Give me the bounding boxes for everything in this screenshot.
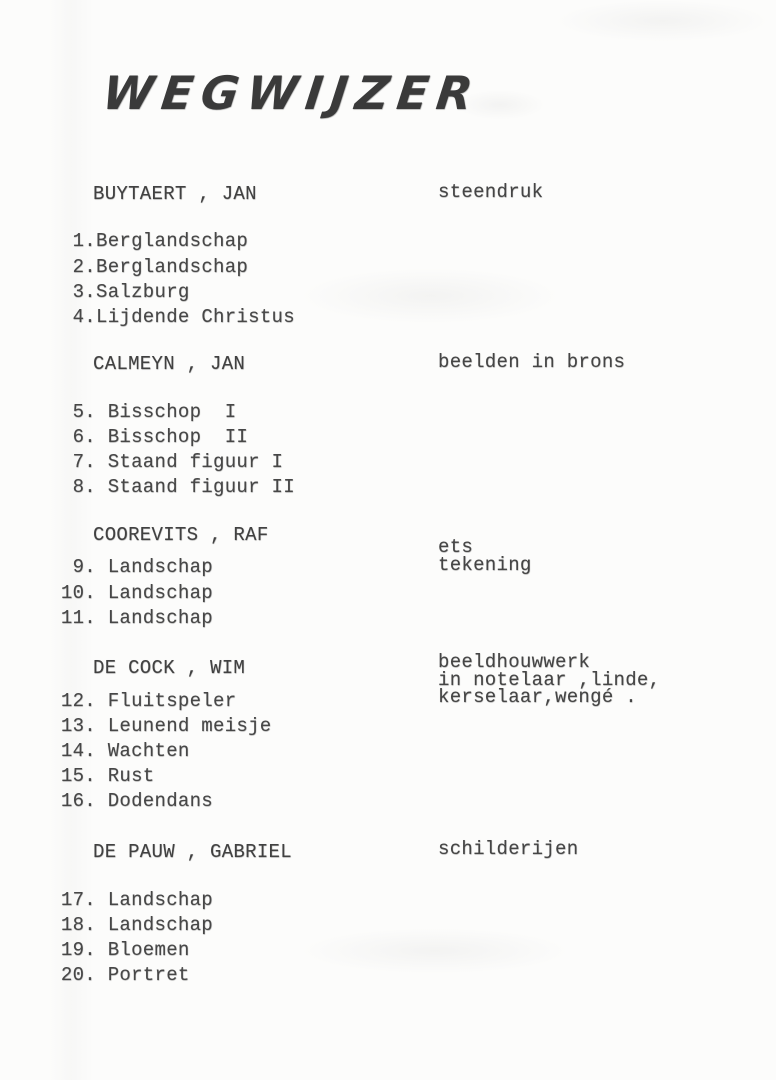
work-number: 12. bbox=[60, 690, 96, 712]
work-number: 13. bbox=[60, 715, 96, 737]
artist-name: COOREVITS , RAF bbox=[93, 524, 269, 546]
page-title: WEGWIJZER bbox=[100, 66, 484, 120]
work-item: 1.Berglandschap bbox=[60, 230, 248, 252]
work-number: 4. bbox=[60, 306, 96, 328]
work-item: 18.Landschap bbox=[60, 914, 213, 936]
work-number: 17. bbox=[60, 889, 96, 911]
work-number: 14. bbox=[60, 740, 96, 762]
artist-name: BUYTAERT , JAN bbox=[93, 183, 257, 205]
work-number: 2. bbox=[60, 256, 96, 278]
work-number: 10. bbox=[60, 582, 96, 604]
work-item: 17.Landschap bbox=[60, 889, 213, 911]
work-item: 19.Bloemen bbox=[60, 939, 190, 961]
work-title: Landschap bbox=[96, 556, 213, 578]
work-title: Portret bbox=[96, 964, 190, 986]
medium-description: etstekening bbox=[438, 539, 532, 574]
work-item: 12.Fluitspeler bbox=[60, 690, 236, 712]
work-item: 8.Staand figuur II bbox=[60, 476, 295, 498]
work-title: Rust bbox=[96, 765, 155, 787]
work-title: Dodendans bbox=[96, 790, 213, 812]
medium-description: steendruk bbox=[438, 184, 543, 202]
work-title: Landschap bbox=[96, 607, 213, 629]
artist-name: CALMEYN , JAN bbox=[93, 353, 245, 375]
work-number: 6. bbox=[60, 426, 96, 448]
work-title: Bisschop I bbox=[96, 401, 236, 423]
work-number: 9. bbox=[60, 556, 96, 578]
medium-line: beelden in brons bbox=[438, 354, 625, 372]
work-title: Staand figuur I bbox=[96, 451, 283, 473]
work-item: 13.Leunend meisje bbox=[60, 715, 272, 737]
work-title: Lijdende Christus bbox=[96, 306, 295, 328]
work-number: 16. bbox=[60, 790, 96, 812]
work-number: 8. bbox=[60, 476, 96, 498]
work-item: 10.Landschap bbox=[60, 582, 213, 604]
scan-smudge bbox=[555, 0, 770, 42]
work-title: Landschap bbox=[96, 582, 213, 604]
work-item: 5.Bisschop I bbox=[60, 401, 236, 423]
work-title: Staand figuur II bbox=[96, 476, 295, 498]
work-title: Bisschop II bbox=[96, 426, 248, 448]
work-title: Salzburg bbox=[96, 281, 190, 303]
work-item: 4.Lijdende Christus bbox=[60, 306, 295, 328]
work-number: 7. bbox=[60, 451, 96, 473]
work-item: 11.Landschap bbox=[60, 607, 213, 629]
work-title: Berglandschap bbox=[96, 256, 248, 278]
work-number: 18. bbox=[60, 914, 96, 936]
work-number: 1. bbox=[60, 230, 96, 252]
work-number: 19. bbox=[60, 939, 96, 961]
work-title: Bloemen bbox=[96, 939, 190, 961]
medium-line: steendruk bbox=[438, 184, 543, 202]
work-title: Leunend meisje bbox=[96, 715, 272, 737]
medium-line: schilderijen bbox=[438, 841, 578, 859]
work-item: 3.Salzburg bbox=[60, 281, 190, 303]
work-title: Berglandschap bbox=[96, 230, 248, 252]
work-title: Wachten bbox=[96, 740, 190, 762]
work-title: Landschap bbox=[96, 889, 213, 911]
medium-description: beeldhouwwerkin notelaar ,linde,kerselaa… bbox=[438, 654, 660, 707]
work-number: 5. bbox=[60, 401, 96, 423]
scan-smudge bbox=[300, 928, 570, 974]
work-title: Fluitspeler bbox=[96, 690, 236, 712]
work-item: 9.Landschap bbox=[60, 556, 213, 578]
scanned-catalog-page: WEGWIJZER BUYTAERT , JANsteendruk1.Bergl… bbox=[0, 0, 776, 1080]
work-number: 15. bbox=[60, 765, 96, 787]
work-item: 14.Wachten bbox=[60, 740, 190, 762]
work-number: 3. bbox=[60, 281, 96, 303]
work-item: 7.Staand figuur I bbox=[60, 451, 283, 473]
work-item: 2.Berglandschap bbox=[60, 256, 248, 278]
medium-line: tekening bbox=[438, 557, 532, 575]
work-number: 20. bbox=[60, 964, 96, 986]
work-item: 16.Dodendans bbox=[60, 790, 213, 812]
work-number: 11. bbox=[60, 607, 96, 629]
work-item: 15.Rust bbox=[60, 765, 155, 787]
artist-name: DE COCK , WIM bbox=[93, 657, 245, 679]
work-item: 6.Bisschop II bbox=[60, 426, 248, 448]
medium-line: kerselaar,wengé . bbox=[438, 689, 660, 707]
medium-description: beelden in brons bbox=[438, 354, 625, 372]
artist-name: DE PAUW , GABRIEL bbox=[93, 841, 292, 863]
work-title: Landschap bbox=[96, 914, 213, 936]
work-item: 20.Portret bbox=[60, 964, 190, 986]
scan-smudge bbox=[300, 268, 560, 324]
medium-description: schilderijen bbox=[438, 841, 578, 859]
